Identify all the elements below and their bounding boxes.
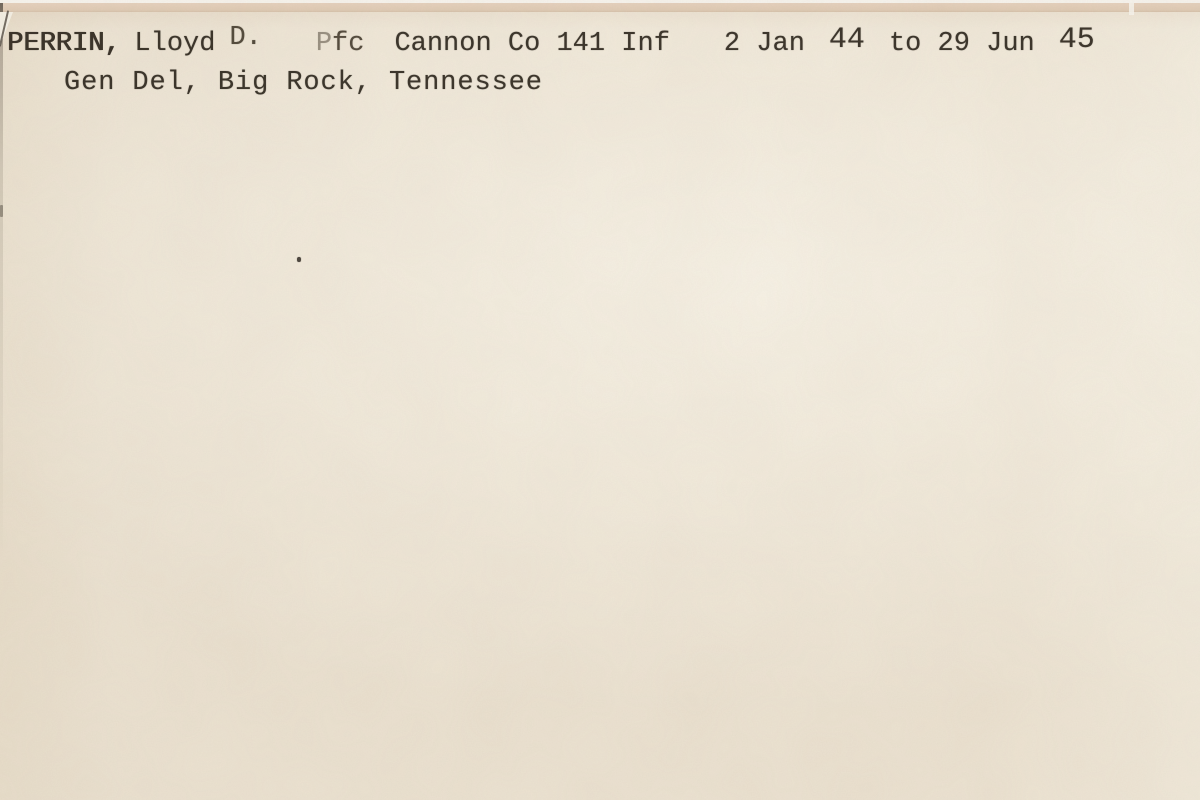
- service-end-date-text: to 29 Jun: [889, 31, 1035, 58]
- given-name-text: Lloyd: [134, 31, 215, 58]
- typed-line-service-record: PERRIN, Lloyd D. Pfc Cannon Co 141 Inf 2…: [7, 31, 1095, 58]
- left-edge-mark: [0, 205, 3, 217]
- service-start-year-text: 44: [829, 27, 865, 54]
- rank-text: Pfc: [316, 31, 365, 58]
- service-end-year-text: 45: [1059, 27, 1095, 54]
- card-top-edge: [0, 3, 1200, 12]
- unit-text: Cannon Co 141 Inf: [394, 31, 669, 58]
- index-card-face: [0, 3, 1200, 800]
- service-start-date-text: 2 Jan: [724, 31, 805, 58]
- card-left-edge-shadow: [0, 3, 3, 563]
- scanned-index-card: PERRIN, Lloyd D. Pfc Cannon Co 141 Inf 2…: [0, 0, 1200, 800]
- surname-text: PERRIN,: [7, 31, 120, 58]
- typed-line-address: Gen Del, Big Rock, Tennessee: [64, 70, 543, 97]
- middle-initial-text: D.: [229, 25, 261, 52]
- top-edge-notch: [1129, 3, 1134, 15]
- ink-speck: [297, 257, 301, 262]
